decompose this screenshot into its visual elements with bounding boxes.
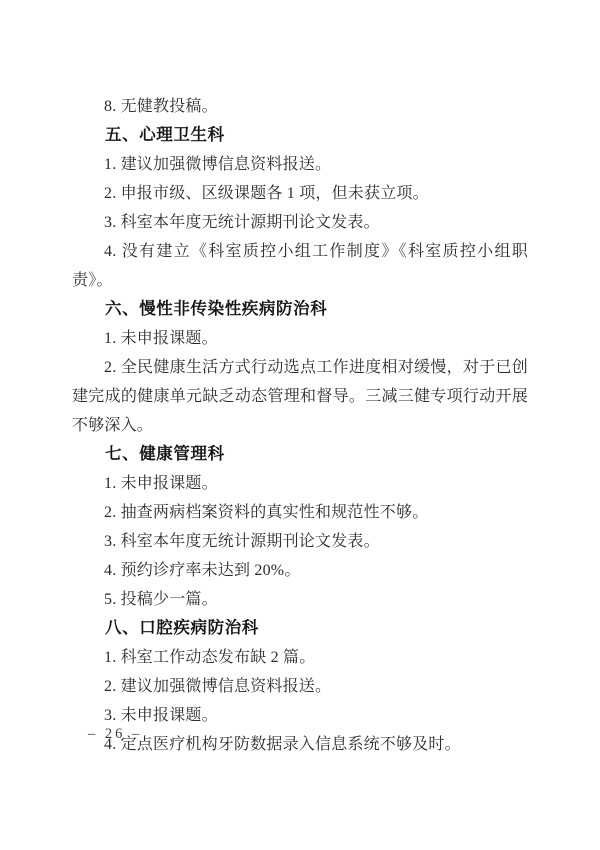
list-paragraph: 1. 未申报课题。 — [72, 469, 528, 498]
list-paragraph: 4. 预约诊疗率未达到 20%。 — [72, 556, 528, 585]
list-paragraph: 4. 没有建立《科室质控小组工作制度》《科室质控小组职责》。 — [72, 237, 528, 295]
section-heading: 五、心理卫生科 — [72, 121, 528, 150]
list-paragraph: 2. 建议加强微博信息资料报送。 — [72, 672, 528, 701]
list-paragraph: 2. 申报市级、区级课题各 1 项，但未获立项。 — [72, 179, 528, 208]
list-paragraph: 5. 投稿少一篇。 — [72, 585, 528, 614]
document-page: 8. 无健教投稿。五、心理卫生科1. 建议加强微博信息资料报送。2. 申报市级、… — [0, 0, 600, 850]
list-paragraph: 2. 抽查两病档案资料的真实性和规范性不够。 — [72, 498, 528, 527]
page-number: – 26 – — [88, 726, 142, 743]
section-heading: 八、口腔疾病防治科 — [72, 614, 528, 643]
list-paragraph: 1. 建议加强微博信息资料报送。 — [72, 150, 528, 179]
document-body: 8. 无健教投稿。五、心理卫生科1. 建议加强微博信息资料报送。2. 申报市级、… — [72, 92, 528, 759]
list-paragraph: 1. 科室工作动态发布缺 2 篇。 — [72, 643, 528, 672]
list-paragraph: 1. 未申报课题。 — [72, 324, 528, 353]
list-paragraph: 2. 全民健康生活方式行动选点工作进度相对缓慢，对于已创建完成的健康单元缺乏动态… — [72, 353, 528, 440]
section-heading: 六、慢性非传染性疾病防治科 — [72, 295, 528, 324]
list-paragraph: 3. 科室本年度无统计源期刊论文发表。 — [72, 208, 528, 237]
list-paragraph: 8. 无健教投稿。 — [72, 92, 528, 121]
list-paragraph: 3. 科室本年度无统计源期刊论文发表。 — [72, 527, 528, 556]
section-heading: 七、健康管理科 — [72, 440, 528, 469]
